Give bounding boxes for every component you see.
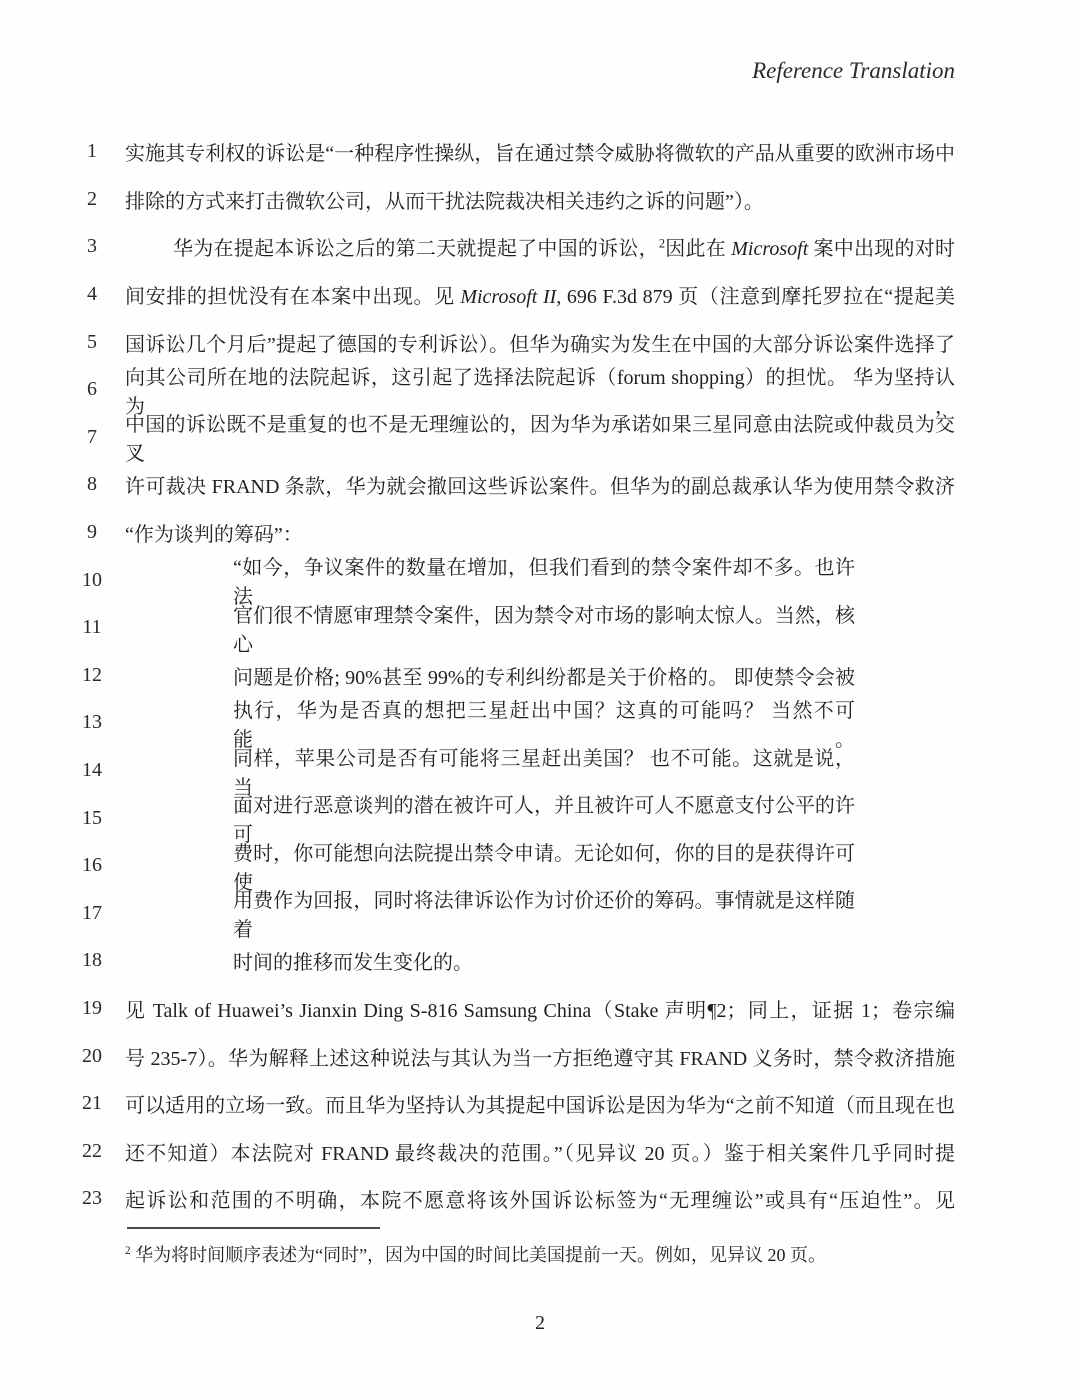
line-text: 中国的诉讼既不是重复的也不是无理缠讼的，因为华为承诺如果三星同意由法院或仲裁员为… xyxy=(125,408,955,466)
line-number: 6 xyxy=(74,378,110,401)
text-line: 9 “作为谈判的筹码”： xyxy=(0,509,1080,557)
text-line: 8 许可裁决 FRAND 条款，华为就会撤回这些诉讼案件。但华为的副总裁承认华为… xyxy=(0,461,1080,509)
line-text: 用费作为回报，同时将法律诉讼作为讨价还价的筹码。事情就是这样随着 xyxy=(125,884,955,942)
text-line: 3 华为在提起本诉讼之后的第二天就提起了中国的诉讼，2因此在 Microsoft… xyxy=(0,223,1080,271)
line-text: 起诉讼和范围的不明确，本院不愿意将该外国诉讼标签为“无理缠讼”或具有“压迫性”。… xyxy=(125,1184,955,1213)
line-number: 19 xyxy=(74,997,110,1020)
line-text: 可以适用的立场一致。而且华为坚持认为其提起中国诉讼是因为华为“之前不知道（而且现… xyxy=(125,1089,955,1118)
text-line-quote: 17 用费作为回报，同时将法律诉讼作为讨价还价的筹码。事情就是这样随着 xyxy=(0,890,1080,938)
line-number: 12 xyxy=(74,664,110,687)
line-text: 实施其专利权的诉讼是“一种程序性操纵，旨在通过禁令威胁将微软的产品从重要的欧洲市… xyxy=(125,137,955,166)
text-line-quote: 16 费时，你可能想向法院提出禁令申请。无论如何，你的目的是获得许可使 xyxy=(0,842,1080,890)
line-number: 20 xyxy=(74,1045,110,1068)
line-number: 8 xyxy=(74,473,110,496)
text-line: 21 可以适用的立场一致。而且华为坚持认为其提起中国诉讼是因为华为“之前不知道（… xyxy=(0,1080,1080,1128)
line-number: 3 xyxy=(74,235,110,258)
footnote-text: 2 华为将时间顺序表述为“同时”，因为中国的时间比美国提前一天。例如，见异议 2… xyxy=(125,1242,970,1268)
line-text: 问题是价格; 90%甚至 99%的专利纠纷都是关于价格的。 即使禁令会被 xyxy=(125,661,955,690)
line-number: 4 xyxy=(74,283,110,306)
line-text: 间安排的担忧没有在本案中出现。见 Microsoft II, 696 F.3d … xyxy=(125,280,955,309)
page-number: 2 xyxy=(0,1312,1080,1335)
line-text: 号 235-7）。华为解释上述这种说法与其认为当一方拒绝遵守其 FRAND 义务… xyxy=(125,1042,955,1071)
text-line: 6 向其公司所在地的法院起诉，这引起了选择法院起诉（forum shopping… xyxy=(0,366,1080,414)
line-number: 10 xyxy=(74,569,110,592)
line-number: 11 xyxy=(74,616,110,639)
line-number: 9 xyxy=(74,521,110,544)
text-line-quote: 14 同样，苹果公司是否有可能将三星赶出美国？ 也不可能。这就是说，当 xyxy=(0,747,1080,795)
text-line: 7 中国的诉讼既不是重复的也不是无理缠讼的，因为华为承诺如果三星同意由法院或仲裁… xyxy=(0,414,1080,462)
line-number: 18 xyxy=(74,949,110,972)
line-text: 华为在提起本诉讼之后的第二天就提起了中国的诉讼，2因此在 Microsoft 案… xyxy=(125,232,955,261)
line-number: 7 xyxy=(74,426,110,449)
text-line-quote: 12 问题是价格; 90%甚至 99%的专利纠纷都是关于价格的。 即使禁令会被 xyxy=(0,652,1080,700)
page-header-title: Reference Translation xyxy=(752,58,955,84)
text-line: 5 国诉讼几个月后”提起了德国的专利诉讼）。但华为确实为发生在中国的大部分诉讼案… xyxy=(0,318,1080,366)
line-number: 15 xyxy=(74,807,110,830)
line-number: 17 xyxy=(74,902,110,925)
text-line-quote: 11 官们很不情愿审理禁令案件，因为禁令对市场的影响太惊人。当然，核心 xyxy=(0,604,1080,652)
line-number: 16 xyxy=(74,854,110,877)
document-body: 1 实施其专利权的诉讼是“一种程序性操纵，旨在通过禁令威胁将微软的产品从重要的欧… xyxy=(0,128,1080,1223)
line-number: 5 xyxy=(74,331,110,354)
line-text: 还不知道）本法院对 FRAND 最终裁决的范围。”（见异议 20 页。）鉴于相关… xyxy=(125,1137,955,1166)
text-line: 2 排除的方式来打击微软公司，从而干扰法院裁决相关违约之诉的问题”）。 xyxy=(0,176,1080,224)
text-line: 19 见 Talk of Huawei’s Jianxin Ding S-816… xyxy=(0,985,1080,1033)
line-text: 国诉讼几个月后”提起了德国的专利诉讼）。但华为确实为发生在中国的大部分诉讼案件选… xyxy=(125,328,955,357)
line-number: 2 xyxy=(74,188,110,211)
text-line: 1 实施其专利权的诉讼是“一种程序性操纵，旨在通过禁令威胁将微软的产品从重要的欧… xyxy=(0,128,1080,176)
text-line-quote: 10 “如今，争议案件的数量在增加，但我们看到的禁令案件却不多。也许法 xyxy=(0,556,1080,604)
text-line: 22 还不知道）本法院对 FRAND 最终裁决的范围。”（见异议 20 页。）鉴… xyxy=(0,1127,1080,1175)
line-text: 排除的方式来打击微软公司，从而干扰法院裁决相关违约之诉的问题”）。 xyxy=(125,185,955,214)
line-number: 14 xyxy=(74,759,110,782)
text-line: 20 号 235-7）。华为解释上述这种说法与其认为当一方拒绝遵守其 FRAND… xyxy=(0,1032,1080,1080)
text-line-quote: 18 时间的推移而发生变化的。 xyxy=(0,937,1080,985)
line-text: 见 Talk of Huawei’s Jianxin Ding S-816 Sa… xyxy=(125,994,955,1023)
line-number: 21 xyxy=(74,1092,110,1115)
text-line-quote: 15 面对进行恶意谈判的潜在被许可人，并且被许可人不愿意支付公平的许可 xyxy=(0,794,1080,842)
line-number: 1 xyxy=(74,140,110,163)
footnote-separator-rule xyxy=(127,1227,380,1229)
text-line-quote: 13 执行，华为是否真的想把三星赶出中国？这真的可能吗？ 当然不可能。 xyxy=(0,699,1080,747)
document-page: Reference Translation 1 实施其专利权的诉讼是“一种程序性… xyxy=(0,0,1080,1397)
line-text: “作为谈判的筹码”： xyxy=(125,518,955,547)
text-line: 23 起诉讼和范围的不明确，本院不愿意将该外国诉讼标签为“无理缠讼”或具有“压迫… xyxy=(0,1175,1080,1223)
line-text: 许可裁决 FRAND 条款，华为就会撤回这些诉讼案件。但华为的副总裁承认华为使用… xyxy=(125,470,955,499)
line-text: 官们很不情愿审理禁令案件，因为禁令对市场的影响太惊人。当然，核心 xyxy=(125,599,955,657)
line-text: 时间的推移而发生变化的。 xyxy=(125,946,955,975)
line-number: 13 xyxy=(74,711,110,734)
line-number: 22 xyxy=(74,1140,110,1163)
line-number: 23 xyxy=(74,1187,110,1210)
text-line: 4 间安排的担忧没有在本案中出现。见 Microsoft II, 696 F.3… xyxy=(0,271,1080,319)
